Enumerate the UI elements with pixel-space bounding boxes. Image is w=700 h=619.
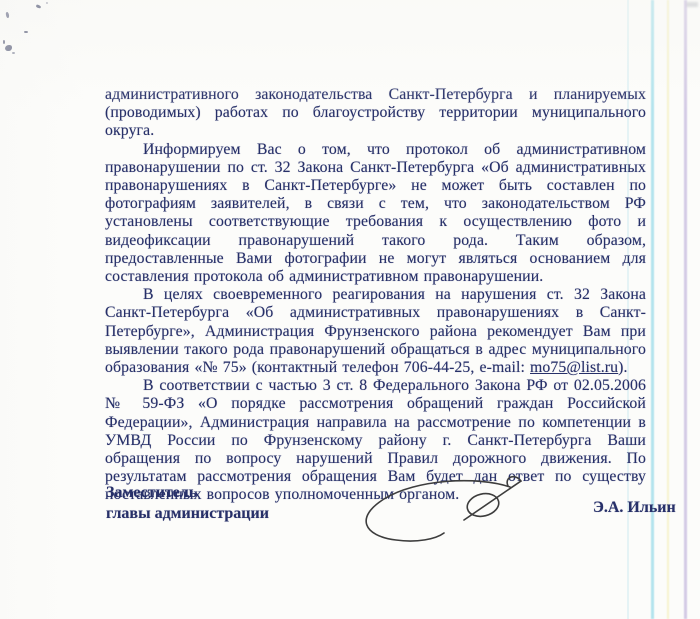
scan-smudge xyxy=(686,2,698,7)
paragraph-recommendation: В целях своевременного реагирования на н… xyxy=(105,286,646,377)
paragraph-continuation: административного законодательства Санкт… xyxy=(105,86,646,141)
ink-speckle xyxy=(36,4,42,9)
paragraph-photo-protocol: Информируем Вас о том, что протокол об а… xyxy=(105,141,646,287)
ink-speckle xyxy=(46,2,48,4)
handwritten-signature xyxy=(340,462,540,557)
scanned-letter-page: административного законодательства Санкт… xyxy=(0,0,700,619)
scan-artifact-line-purple xyxy=(684,0,687,619)
ink-speckle xyxy=(24,31,28,33)
email-link[interactable]: mo75@list.ru xyxy=(530,359,618,376)
signatory-title: Заместитель главы администрации xyxy=(106,482,269,524)
signatory-name: Э.А. Ильин xyxy=(593,499,676,517)
ink-speckle xyxy=(12,52,15,54)
ink-speckle xyxy=(6,12,10,18)
ink-speckle xyxy=(5,45,12,51)
scan-artifact-line-yellow xyxy=(667,0,669,619)
letter-body: административного законодательства Санкт… xyxy=(105,86,646,505)
signatory-title-line1: Заместитель xyxy=(106,482,269,503)
scan-artifact-line-cyan xyxy=(651,0,654,619)
signatory-title-line2: главы администрации xyxy=(106,503,269,524)
ink-speckle xyxy=(3,40,5,44)
recommendation-text-after-email: ). xyxy=(618,359,627,376)
